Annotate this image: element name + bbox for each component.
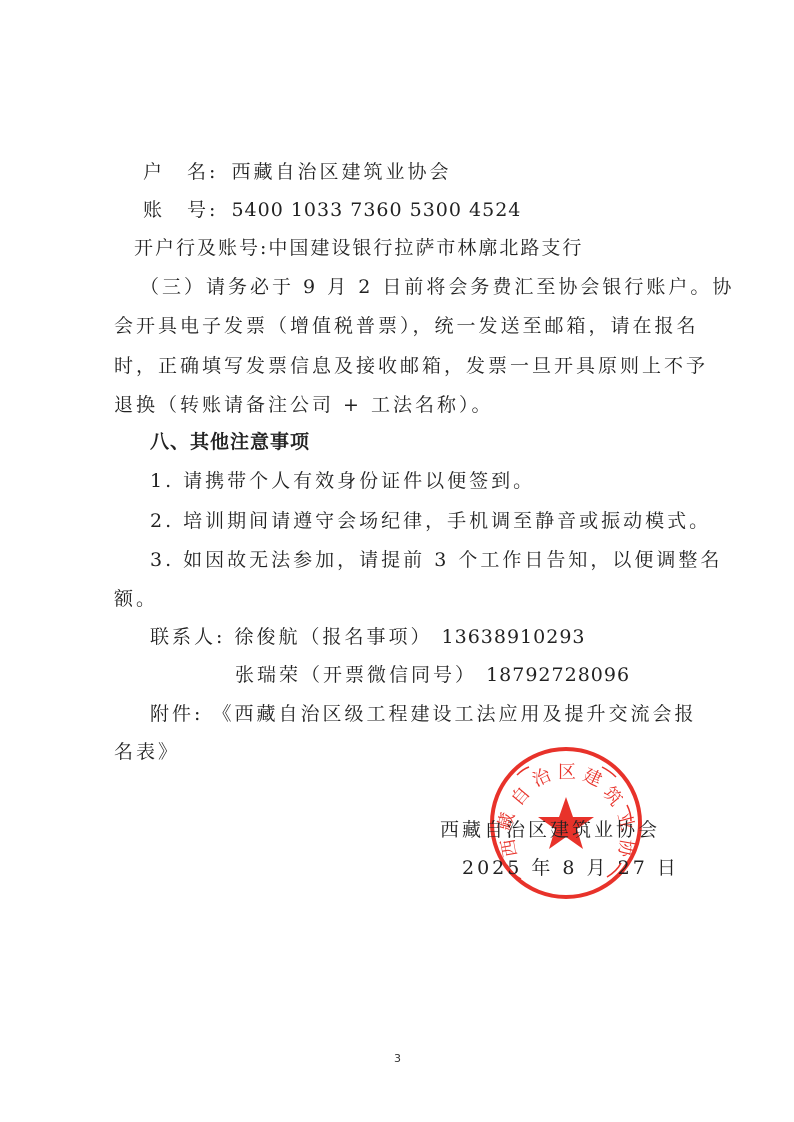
contact-phone: 13638910293 [442, 626, 586, 648]
signature-date: 2025 年 8 月 27 日 [462, 853, 679, 880]
svg-text:自: 自 [507, 783, 535, 810]
svg-text:筑: 筑 [598, 783, 626, 810]
attachment-label: 附件: [150, 703, 203, 725]
svg-text:建: 建 [580, 765, 605, 792]
bank-row: 开户行及账号:中国建设银行拉萨市林廓北路支行 [134, 236, 583, 260]
bank-name: 中国建设银行拉萨市林廓北路支行 [268, 237, 583, 259]
section8-item-1: 1. 请携带个人有效身份证件以便签到。 [150, 469, 535, 493]
attachment-title: 《西藏自治区级工程建设工法应用及提升交流会报 [212, 703, 696, 725]
signature-organization: 西藏自治区建筑业协会 [440, 815, 660, 842]
contact-note: （报名事项） [300, 626, 432, 648]
contact-name: 徐俊航 [234, 626, 300, 648]
payment-line-4: 退换（转账请备注公司 + 工法名称）。 [114, 393, 494, 417]
account-number-value: 5400 1033 7360 5300 4524 [231, 199, 521, 221]
svg-text:治: 治 [529, 764, 555, 791]
account-name-row: 户 名: 西藏自治区建筑业协会 [143, 160, 451, 184]
payment-line-1: （三）请务必于 9 月 2 日前将会务费汇至协会银行账户。协 [140, 275, 734, 299]
bank-label: 开户行及账号: [134, 237, 268, 259]
contact-label: 联系人: [150, 626, 225, 648]
page-number: 3 [394, 1052, 401, 1065]
account-name-value: 西藏自治区建筑业协会 [231, 161, 451, 183]
section8-item-3-cont: 额。 [114, 587, 158, 611]
contact-name: 张瑞荣 [235, 664, 301, 686]
contact-row-2: 张瑞荣（开票微信同号） 18792728096 [235, 663, 630, 687]
section8-item-3: 3. 如因故无法参加，请提前 3 个工作日告知，以便调整名 [150, 548, 722, 572]
attachment-row: 附件: 《西藏自治区级工程建设工法应用及提升交流会报 [150, 702, 696, 726]
contact-row-1: 联系人: 徐俊航（报名事项） 13638910293 [150, 625, 586, 649]
section8-item-2: 2. 培训期间请遵守会场纪律，手机调至静音或振动模式。 [150, 509, 711, 533]
attachment-title-cont: 名表》 [114, 740, 180, 764]
payment-line-2: 会开具电子发票（增值税普票），统一发送至邮箱，请在报名 [114, 314, 699, 338]
section8-heading: 八、其他注意事项 [150, 430, 310, 454]
account-name-label: 户 名: [143, 161, 218, 183]
contact-phone: 18792728096 [486, 664, 630, 686]
payment-line-3: 时，正确填写发票信息及接收邮箱，发票一旦开具原则上不予 [114, 354, 708, 378]
svg-text:区: 区 [558, 762, 576, 783]
contact-note: （开票微信同号） [301, 664, 477, 686]
account-number-label: 账 号: [143, 199, 218, 221]
account-number-row: 账 号: 5400 1033 7360 5300 4524 [143, 198, 521, 222]
